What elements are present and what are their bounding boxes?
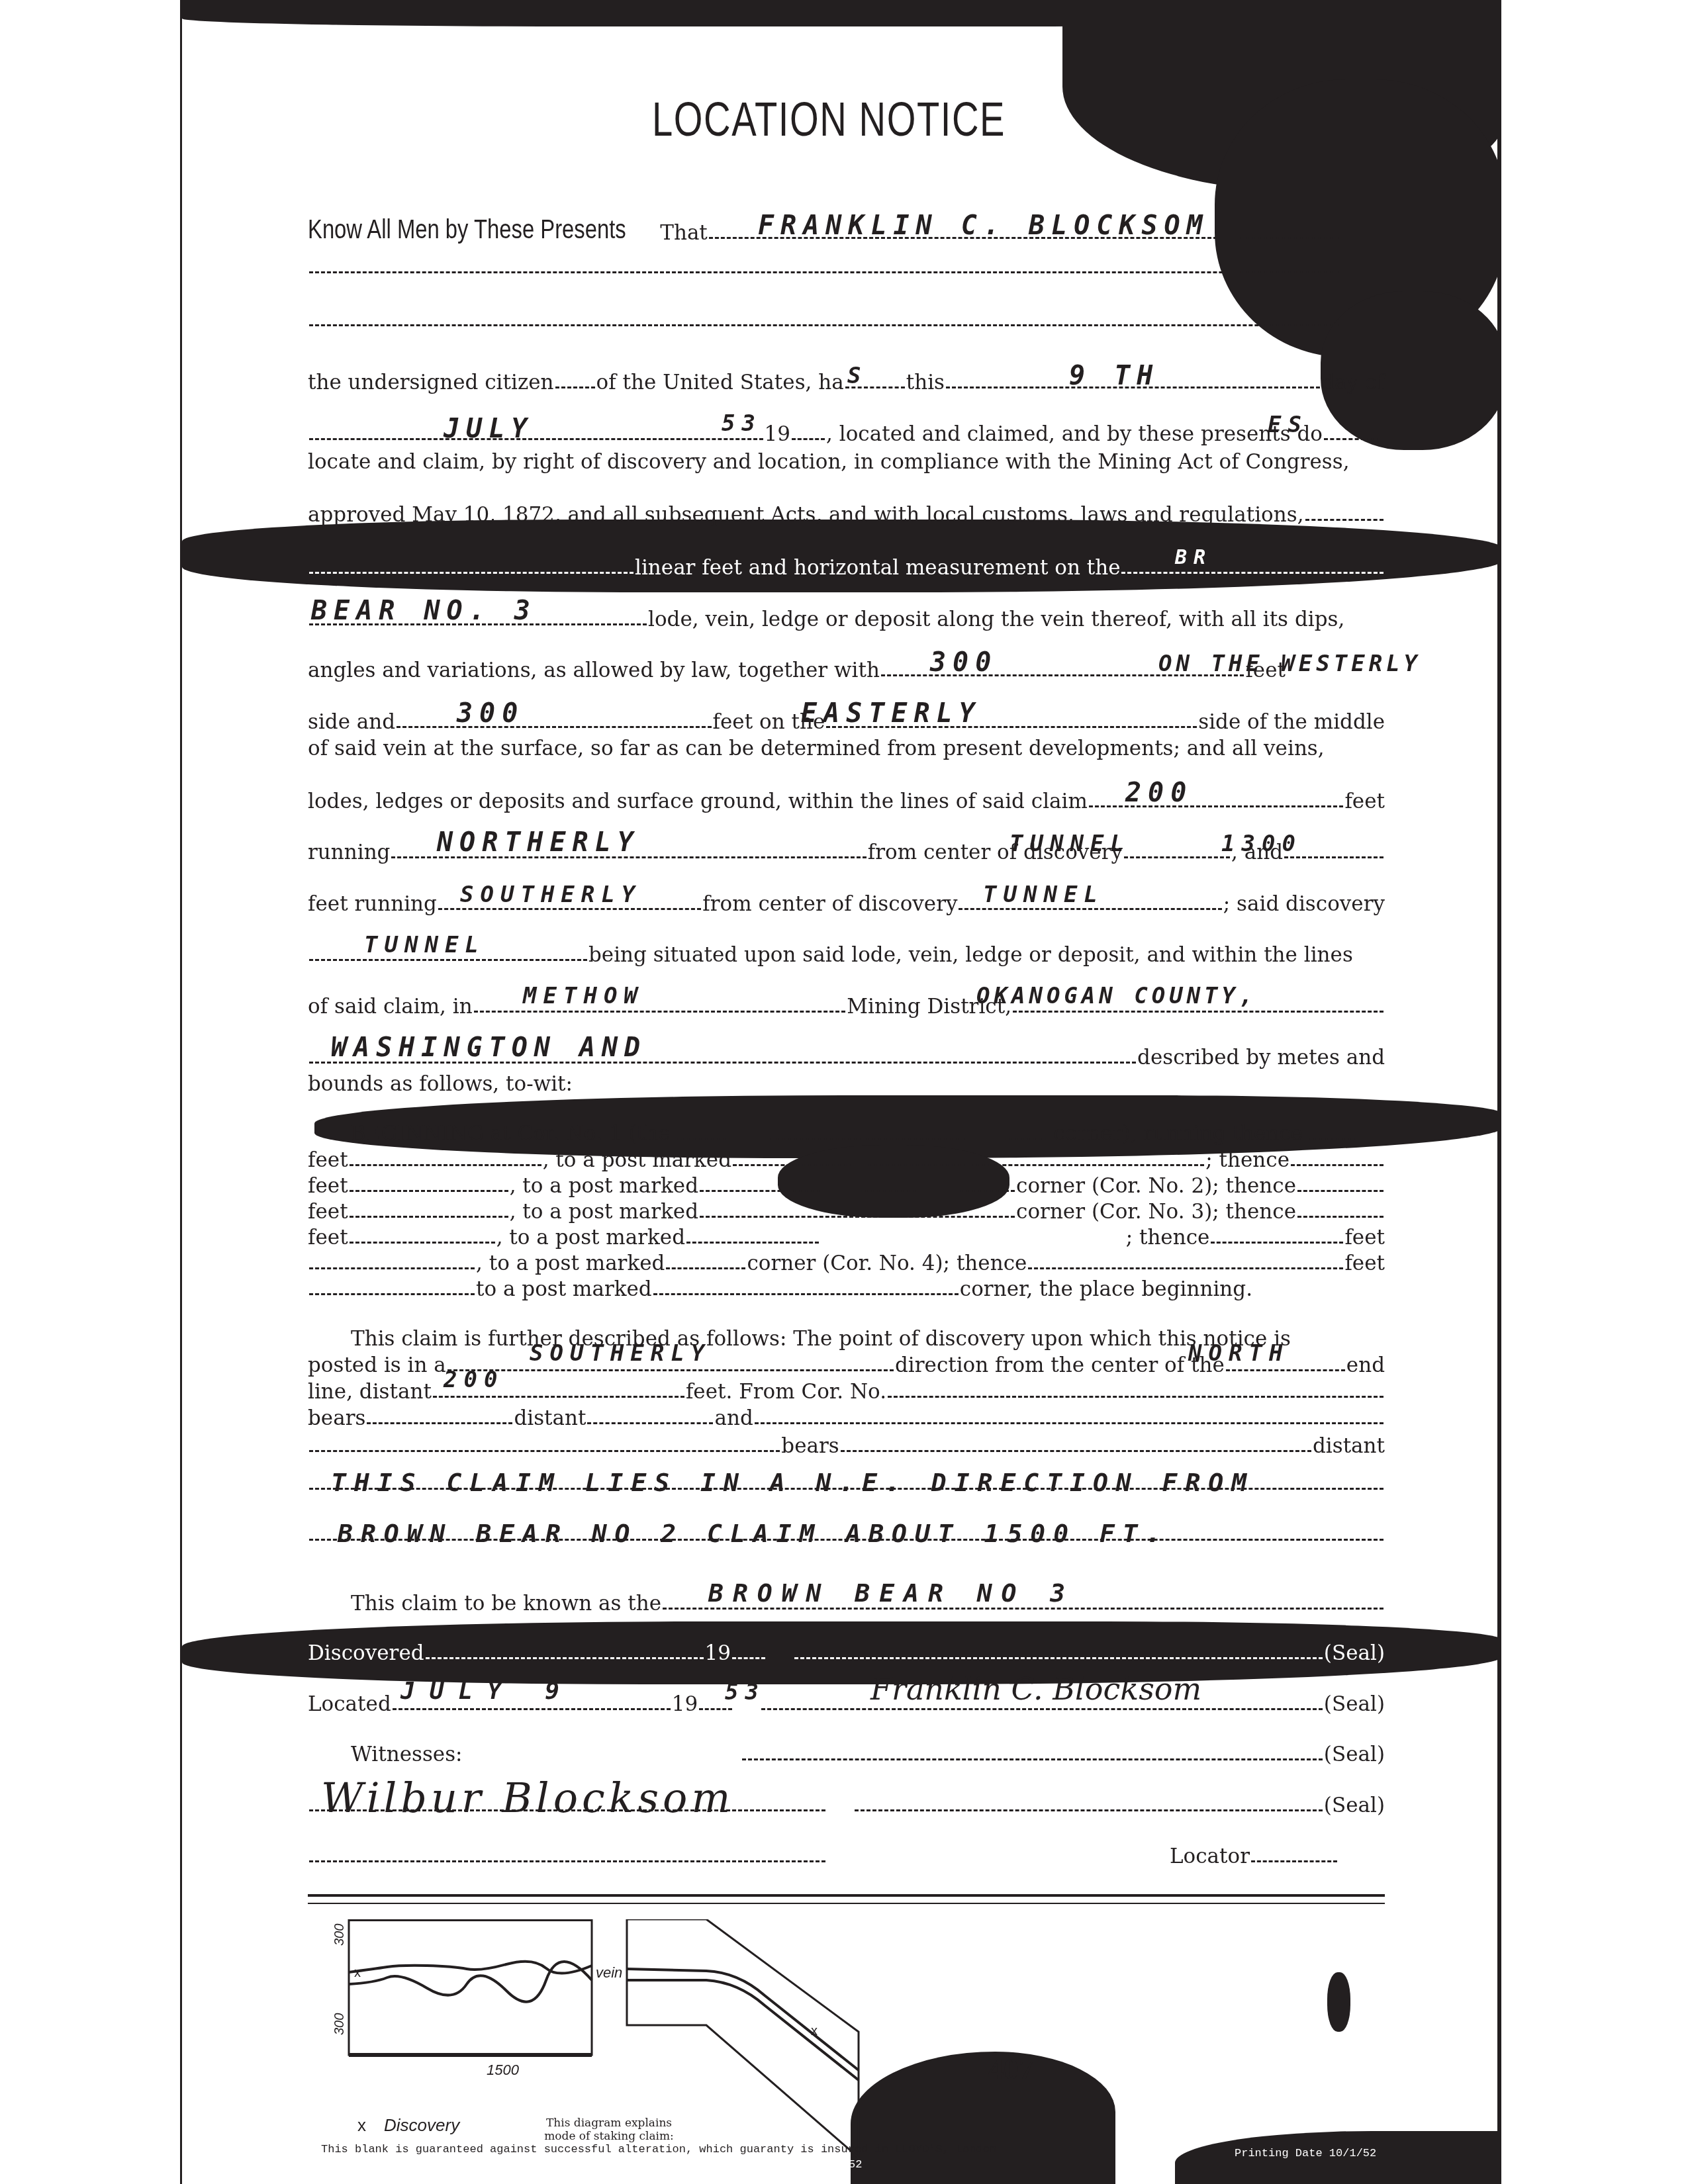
locator-name-field-2[interactable] — [309, 271, 1383, 273]
object-field[interactable] — [309, 1450, 780, 1452]
discovery-direction-value: SOUTHERLY — [530, 1340, 711, 1367]
year-value: 53 — [722, 410, 762, 437]
bears-field[interactable] — [367, 1422, 512, 1424]
metes-feet-field[interactable] — [350, 1216, 508, 1218]
distant-feet-field[interactable] — [433, 1396, 684, 1398]
post-marked-field[interactable] — [733, 1164, 1204, 1166]
witnesses-line: Witnesses: (Seal) — [308, 1743, 1385, 1766]
located-date-field[interactable] — [393, 1708, 671, 1710]
bears-field-2[interactable] — [841, 1450, 1311, 1452]
metes-row: BEGINNING at Cor. No. 1 (the corner), ru… — [351, 1122, 1385, 1146]
metes-feet-field[interactable] — [350, 1190, 508, 1192]
post-marked-field[interactable] — [686, 1242, 819, 1244]
bears-line-2: bears distant — [308, 1434, 1385, 1458]
feet-running-direction-value: SOUTHERLY — [460, 882, 641, 908]
side-direction-value: ON THE WESTERLY — [1158, 651, 1421, 677]
mining-district-field[interactable] — [474, 1011, 846, 1013]
location-notice-page: LOCATION NOTICE Know All Men by These Pr… — [180, 0, 1501, 2184]
feet-running-direction-field[interactable] — [438, 908, 701, 910]
month-value: JULY — [444, 414, 534, 444]
thence-field[interactable] — [1291, 1164, 1383, 1166]
discovered-line: Discovered 19 (Seal) — [308, 1641, 1385, 1665]
citizen-plural-field[interactable] — [555, 387, 595, 388]
post-marked-field[interactable] — [666, 1267, 745, 1269]
post-marked-field[interactable] — [653, 1293, 959, 1295]
metes-feet-field[interactable] — [309, 1267, 475, 1269]
printing-date: Printing Date 10/1/52 — [1235, 2148, 1376, 2160]
discovery-marker-icon: x — [811, 2024, 818, 2038]
thence-field[interactable] — [1211, 1242, 1343, 1244]
seal-signature-field-3[interactable] — [742, 1758, 1323, 1760]
and-field[interactable] — [755, 1422, 1383, 1424]
running-feet-value: 1300 — [1221, 831, 1302, 857]
citizen-line: the undersigned citizen of the United St… — [308, 371, 1385, 394]
distant-field[interactable] — [587, 1422, 713, 1424]
thence-field[interactable] — [1028, 1267, 1343, 1269]
witness-signature-field-2[interactable] — [309, 1860, 825, 1862]
vein-surface-line: of said vein at the surface, so far as c… — [308, 737, 1385, 760]
discovery-type-field[interactable] — [1124, 856, 1230, 858]
intro-text: Know All Men by These Presents — [308, 215, 626, 245]
county-field[interactable] — [1013, 1011, 1383, 1013]
has-suffix-value: S — [847, 363, 867, 389]
locator-signature: Franklin C. Blocksom — [870, 1671, 1201, 1707]
bears-line: bears distant and — [308, 1406, 1385, 1430]
staking-diagram: 1500 1500 vein 300 300 x x x Discovery T… — [334, 1919, 983, 2158]
metes-row: to a post marked corner, the place begin… — [308, 1277, 1252, 1301]
approved-line: approved May 10, 1872, and all subsequen… — [308, 503, 1385, 527]
publisher-text: Washington Legal Blank Co. (Location Not… — [321, 2159, 618, 2171]
county-value: OKANOGAN COUNTY, — [976, 983, 1257, 1009]
seal-signature-field-4[interactable] — [855, 1809, 1323, 1811]
other-side-feet-value: 300 — [457, 698, 524, 729]
metes-row: , to a post marked corner (Cor. No. 4); … — [308, 1251, 1385, 1275]
running-direction-value: NORTHERLY — [437, 827, 640, 858]
other-side-direction-value: EASTERLY — [801, 698, 982, 729]
claim-known-as-value: BROWN BEAR NO 3 — [708, 1578, 1074, 1608]
witness-signature: Wilbur Blocksom — [321, 1774, 734, 1822]
claim-length-value: 200 — [1125, 778, 1193, 808]
located-year-value: 53 — [725, 1679, 765, 1706]
state-value: WASHINGTON AND — [331, 1032, 647, 1063]
post-marked-field[interactable] — [700, 1216, 1015, 1218]
metes-feet-field[interactable] — [350, 1242, 495, 1244]
locator-line: Locator — [308, 1844, 1385, 1868]
description-line-1-value: THIS CLAIM LIES IN A N.E. DIRECTION FROM — [331, 1468, 1254, 1497]
locator-name-field-3[interactable] — [309, 324, 1383, 326]
locator-field[interactable] — [1251, 1860, 1337, 1862]
post-marked-field[interactable] — [700, 1190, 1015, 1192]
corner-1-field[interactable] — [671, 1138, 1052, 1140]
thence-field[interactable] — [1297, 1216, 1383, 1218]
from-corner-field[interactable] — [888, 1396, 1383, 1398]
corner-1-direction-field[interactable] — [1304, 1138, 1383, 1140]
linear-feet-field[interactable] — [309, 572, 633, 574]
end-line-field[interactable] — [1226, 1369, 1345, 1371]
discovery-type-value: TUNNEL — [1009, 831, 1131, 857]
feet-running-discovery-field[interactable] — [959, 908, 1221, 910]
does-suffix-value: ES — [1268, 412, 1308, 438]
description-line-2-value: BROWN BEAR NO 2 CLAIM ABOUT 1500 FT. — [338, 1519, 1169, 1548]
day-value: 9 TH — [1069, 361, 1159, 391]
guarantee-text: This blank is guaranteed against success… — [321, 2144, 996, 2156]
claim-name-field[interactable] — [1121, 572, 1383, 574]
form-number: Form No. 252 — [781, 2159, 862, 2171]
year-field[interactable] — [792, 438, 825, 440]
metes-feet-field[interactable] — [309, 1293, 475, 1295]
situated-discovery-value: TUNNEL — [364, 932, 485, 958]
other-side-feet-field[interactable] — [397, 726, 711, 728]
discovery-marker-icon: x — [354, 1966, 361, 1980]
locator-signature-field[interactable] — [761, 1708, 1323, 1710]
svg-text:300: 300 — [334, 2013, 347, 2035]
locator-name-value: FRANKLIN C. BLOCKSOM — [758, 210, 1209, 241]
mining-act-line: locate and claim, by right of discovery … — [308, 450, 1385, 474]
bounds-line: bounds as follows, to-wit: — [308, 1072, 1385, 1096]
located-date-value: JULY 9 — [400, 1678, 574, 1705]
diagram-caption: This diagram explains mode of staking cl… — [536, 2116, 682, 2143]
discovered-year-field[interactable] — [732, 1657, 765, 1659]
claim-known-as-field[interactable] — [663, 1608, 1383, 1610]
discovered-date-field[interactable] — [426, 1657, 704, 1659]
distant-feet-value: 200 — [444, 1367, 504, 1393]
that-label: That — [660, 221, 708, 245]
legend-label: Discovery — [384, 2115, 461, 2135]
side-feet-value: 300 — [930, 647, 998, 678]
lodes-line: lodes, ledges or deposits and surface gr… — [308, 790, 1385, 813]
legend-marker: x — [357, 2115, 366, 2135]
vein-label: vein — [596, 1964, 622, 1981]
divider-rule — [308, 1894, 1385, 1904]
metes-row: feet , to a post marked ; thence feet — [308, 1226, 1385, 1250]
page-number: 407 — [988, 2052, 1034, 2087]
document-title: LOCATION NOTICE — [652, 93, 1006, 147]
month-field[interactable] — [309, 438, 763, 440]
dim-bottom: 1500 — [487, 2062, 520, 2078]
situated-discovery-field[interactable] — [309, 959, 587, 961]
mining-district-value: METHOW — [523, 983, 644, 1009]
seal-signature-field-1[interactable] — [794, 1657, 1323, 1659]
claim-name-value: BEAR NO. 3 — [311, 596, 537, 626]
thence-field[interactable] — [1297, 1190, 1383, 1192]
metes-row: feet , to a post marked corner (Cor. No.… — [308, 1200, 1385, 1224]
discovery-direction-field[interactable] — [447, 1369, 894, 1371]
svg-text:300: 300 — [334, 1924, 347, 1946]
metes-row: feet , to a post marked corner (Cor. No.… — [308, 1174, 1385, 1198]
linear-feet-line: linear feet and horizontal measurement o… — [308, 556, 1385, 580]
angles-line: angles and variations, as allowed by law… — [308, 659, 1286, 682]
located-year-field[interactable] — [699, 1708, 732, 1710]
metes-feet-field[interactable] — [350, 1164, 541, 1166]
scan-blot — [1327, 1972, 1350, 2032]
claim-name-prefix-value: BR — [1175, 546, 1212, 569]
regulations-field[interactable] — [1305, 519, 1384, 521]
feet-running-discovery-value: TUNNEL — [983, 882, 1104, 908]
metes-row: feet , to a post marked ; thence — [308, 1148, 1385, 1172]
end-line-value: NORTH — [1188, 1340, 1289, 1367]
does-suffix-field[interactable] — [1324, 438, 1383, 440]
